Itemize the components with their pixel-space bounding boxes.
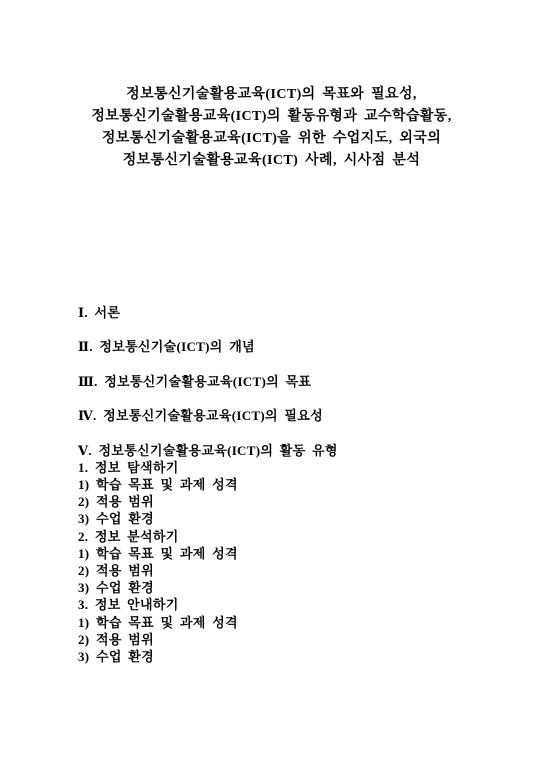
toc-section-5: Ⅴ. 정보통신기술활용교육(ICT)의 활동 유형 — [78, 442, 503, 459]
toc-item: 3) 수업 환경 — [78, 648, 503, 665]
toc-section-3: Ⅲ. 정보통신기술활용교육(ICT)의 목표 — [78, 373, 503, 390]
toc-item: 3) 수업 환경 — [78, 510, 503, 527]
document-title: 정보통신기술활용교육(ICT)의 목표와 필요성, 정보통신기술활용교육(ICT… — [0, 84, 543, 172]
toc-section-2: Ⅱ. 정보통신기술(ICT)의 개념 — [78, 338, 503, 355]
toc-section-4: Ⅳ. 정보통신기술활용교육(ICT)의 필요성 — [78, 407, 503, 424]
toc-section-1: Ⅰ. 서론 — [78, 304, 503, 321]
toc-item: 2. 정보 분석하기 — [78, 528, 503, 545]
toc-item: 1) 학습 목표 및 과제 성격 — [78, 614, 503, 631]
toc-item: 1. 정보 탐색하기 — [78, 459, 503, 476]
toc-item: 3) 수업 환경 — [78, 579, 503, 596]
title-line-1: 정보통신기술활용교육(ICT)의 목표와 필요성, — [0, 84, 543, 106]
toc-item: 2) 적용 범위 — [78, 562, 503, 579]
toc-item: 1) 학습 목표 및 과제 성격 — [78, 476, 503, 493]
title-line-2: 정보통신기술활용교육(ICT)의 활동유형과 교수학습활동, — [0, 106, 543, 128]
toc-item: 1) 학습 목표 및 과제 성격 — [78, 545, 503, 562]
toc-item: 2) 적용 범위 — [78, 631, 503, 648]
toc-item: 3. 정보 안내하기 — [78, 596, 503, 613]
document-page: 정보통신기술활용교육(ICT)의 목표와 필요성, 정보통신기술활용교육(ICT… — [0, 0, 543, 768]
toc-item: 2) 적용 범위 — [78, 493, 503, 510]
title-line-4: 정보통신기술활용교육(ICT) 사례, 시사점 분석 — [0, 150, 543, 172]
table-of-contents: Ⅰ. 서론 Ⅱ. 정보통신기술(ICT)의 개념 Ⅲ. 정보통신기술활용교육(I… — [78, 304, 503, 665]
title-line-3: 정보통신기술활용교육(ICT)을 위한 수업지도, 외국의 — [0, 128, 543, 150]
